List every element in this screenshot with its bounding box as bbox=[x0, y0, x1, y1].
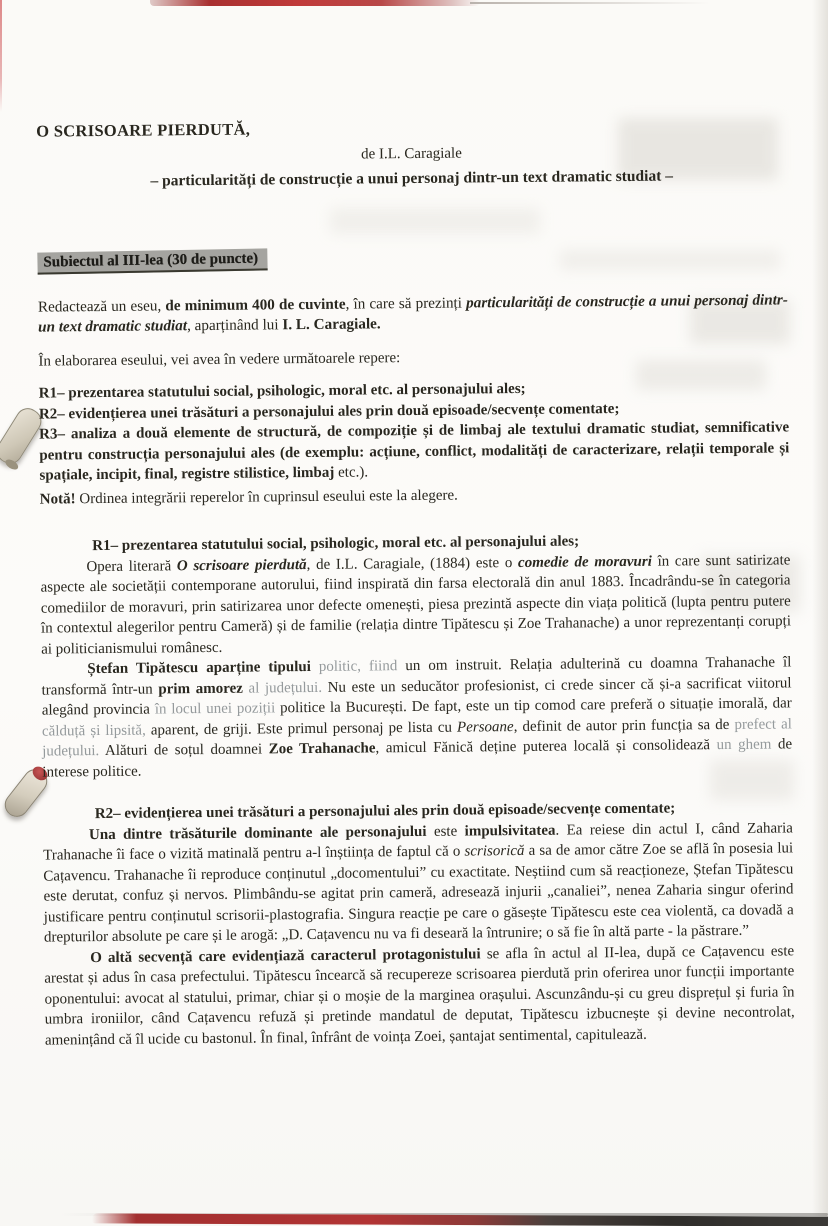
essay-paragraph-1: Opera literară O scrisoare pierdută, de … bbox=[40, 550, 791, 660]
essay-paragraph-2: Ștefan Tipătescu aparține tipului politi… bbox=[41, 652, 792, 782]
essay-paragraph-4: O altă secvență care evidențiază caracte… bbox=[44, 941, 795, 1051]
essay-paragraph-3: Una dintre trăsăturile dominante ale per… bbox=[43, 818, 794, 948]
doc-author: de I.L. Caragiale bbox=[36, 140, 786, 168]
doc-subtitle: – particularități de construcție a unui … bbox=[37, 165, 787, 193]
bottom-scan-red-line bbox=[92, 1213, 828, 1226]
subject-badge: Subiectul al III-lea (30 de puncte) bbox=[37, 248, 267, 274]
doc-title: O SCRISOARE PIERDUTĂ, bbox=[36, 114, 786, 142]
task-repere-r3: R3– analiza a două elemente de structură… bbox=[39, 417, 790, 486]
task-intro: Redactează un eseu, de minimum 400 de cu… bbox=[38, 290, 788, 338]
task-repere-list: R1– prezentarea statutului social, psiho… bbox=[39, 376, 790, 486]
page-content: O SCRISOARE PIERDUTĂ, de I.L. Caragiale … bbox=[0, 0, 828, 1051]
scanned-page: O SCRISOARE PIERDUTĂ, de I.L. Caragiale … bbox=[0, 0, 828, 1226]
task-nota: Notă! Ordinea integrării reperelor în cu… bbox=[40, 482, 790, 510]
task-elaborare: În elaborarea eseului, vei avea în veder… bbox=[38, 344, 788, 372]
